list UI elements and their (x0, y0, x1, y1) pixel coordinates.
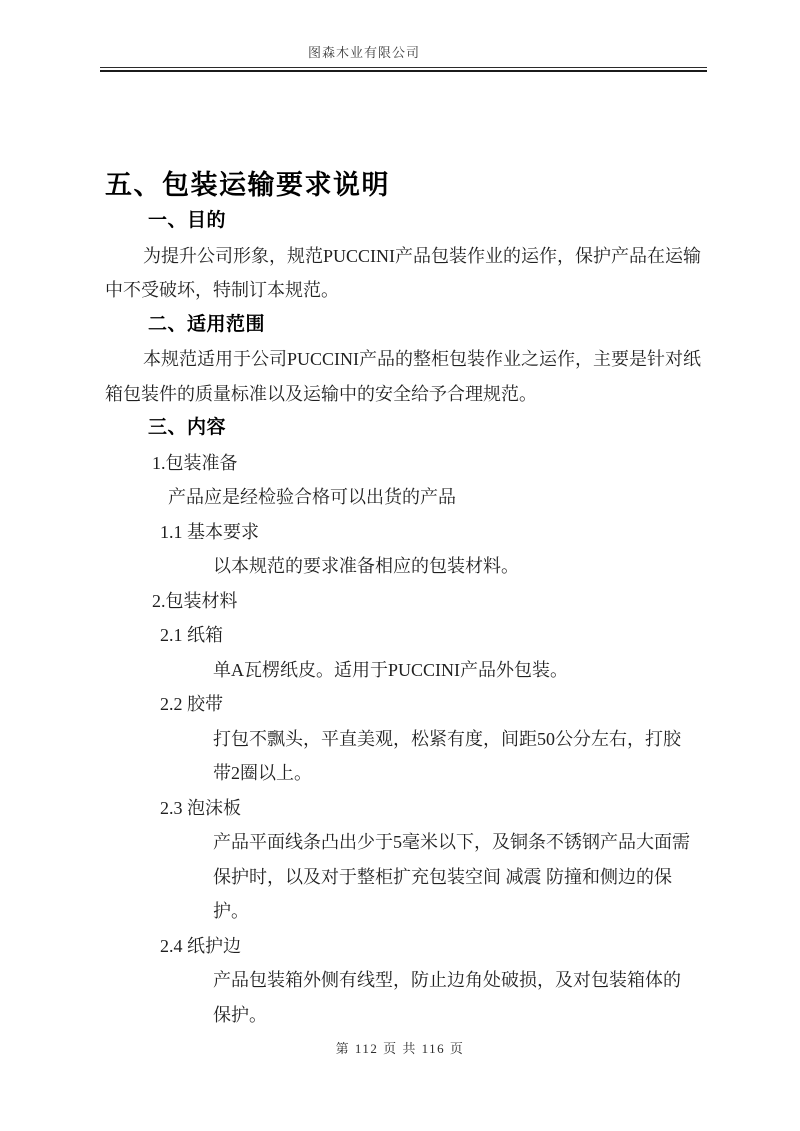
body-text: 产品平面线条凸出少于5毫米以下，及铜条不锈钢产品大面需保护时，以及对于整柜扩充包… (105, 825, 705, 929)
section-heading: 三、内容 (105, 411, 705, 446)
body-text: 产品包装箱外侧有线型，防止边角处破损，及对包装箱体的保护。 (105, 963, 705, 1032)
list-item: 2.2 胶带 (105, 687, 705, 722)
body-text: 以本规范的要求准备相应的包装材料。 (105, 549, 705, 584)
page-number: 第 112 页 共 116 页 (0, 1038, 800, 1057)
body-text: 为提升公司形象，规范PUCCINI产品包装作业的运作，保护产品在运输中不受破坏，… (105, 239, 705, 308)
company-name: 图森木业有限公司 (0, 44, 764, 62)
section-heading: 二、适用范围 (105, 308, 705, 343)
list-item: 2.包装材料 (105, 584, 705, 619)
list-item: 2.1 纸箱 (105, 618, 705, 653)
body-text: 单A瓦楞纸皮。适用于PUCCINI产品外包装。 (105, 653, 705, 688)
document-blocks: 一、目的为提升公司形象，规范PUCCINI产品包装作业的运作，保护产品在运输中不… (105, 204, 705, 1032)
body-text: 产品应是经检验合格可以出货的产品 (105, 480, 705, 515)
body-text: 打包不飘头，平直美观，松紧有度，间距50公分左右，打胶带2圈以上。 (105, 722, 705, 791)
body-text: 本规范适用于公司PUCCINI产品的整柜包装作业之运作，主要是针对纸箱包装件的质… (105, 342, 705, 411)
document-content: 五、包装运输要求说明 一、目的为提升公司形象，规范PUCCINI产品包装作业的运… (105, 167, 705, 1032)
list-item: 1.包装准备 (105, 446, 705, 481)
document-page: 图森木业有限公司 五、包装运输要求说明 一、目的为提升公司形象，规范PUCCIN… (0, 0, 800, 1131)
list-item: 1.1 基本要求 (105, 515, 705, 550)
header-rule (100, 67, 707, 72)
page-header: 图森木业有限公司 (0, 0, 800, 72)
section-heading: 一、目的 (105, 204, 705, 239)
list-item: 2.4 纸护边 (105, 929, 705, 964)
page-title: 五、包装运输要求说明 (105, 167, 705, 204)
list-item: 2.3 泡沫板 (105, 791, 705, 826)
